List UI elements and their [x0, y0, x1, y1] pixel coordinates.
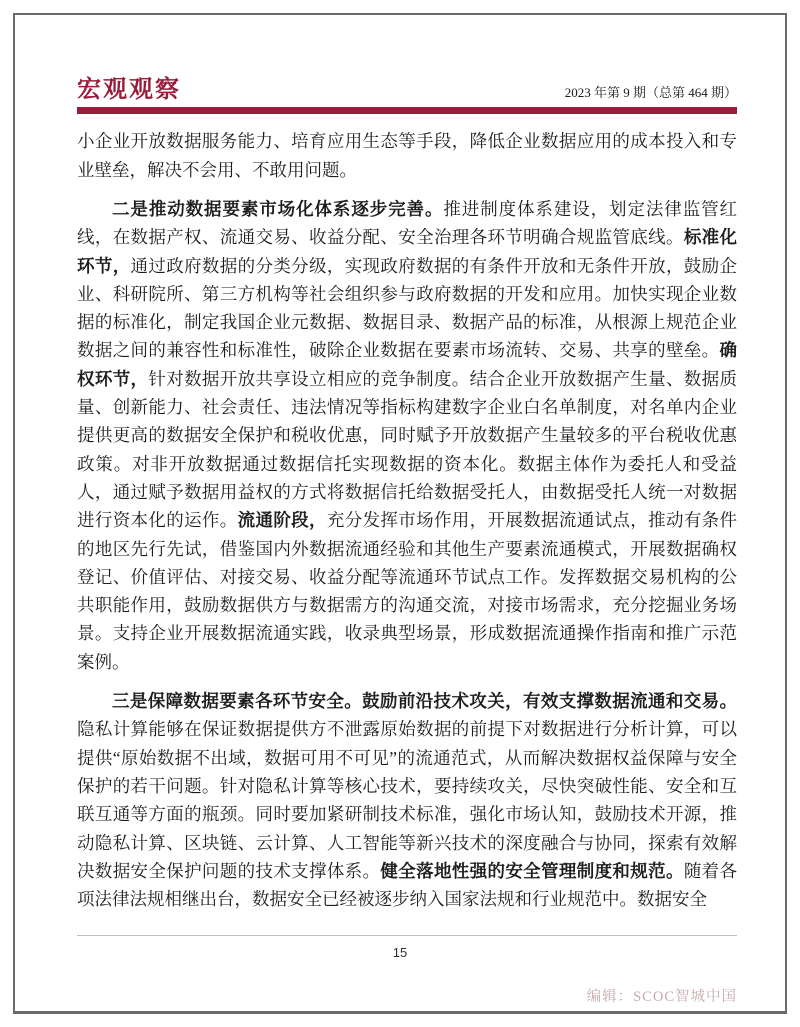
emphasis-segment: 健全落地性强的安全管理制度和规范。: [380, 861, 683, 881]
paragraph: 小企业开放数据服务能力、培育应用生态等手段，降低企业数据应用的成本投入和专业壁垒…: [77, 127, 737, 184]
page-content: 宏观观察 2023 年第 9 期（总第 464 期） 小企业开放数据服务能力、培…: [77, 77, 737, 913]
text-segment: 针对数据开放共享设立相应的竞争制度。结合企业开放数据产生量、数据质量、创新能力、…: [77, 369, 737, 530]
document-page: 宏观观察 2023 年第 9 期（总第 464 期） 小企业开放数据服务能力、培…: [0, 0, 800, 1027]
page-number: 15: [15, 945, 785, 960]
paragraph: 三是保障数据要素各环节安全。鼓励前沿技术攻关，有效支撑数据流通和交易。隐私计算能…: [77, 687, 737, 913]
article-body: 小企业开放数据服务能力、培育应用生态等手段，降低企业数据应用的成本投入和专业壁垒…: [77, 127, 737, 913]
editor-credit: 编辑：SCOC智城中国: [587, 985, 737, 1006]
text-segment: 通过政府数据的分类分级，实现政府数据的有条件开放和无条件开放，鼓励企业、科研院所…: [77, 256, 737, 361]
emphasis-segment: 流通阶段，: [238, 510, 327, 530]
emphasis-segment: 二是推动数据要素市场化体系逐步完善。: [112, 199, 443, 219]
header-rule: [77, 107, 737, 114]
journal-title: 宏观观察: [77, 77, 181, 103]
text-segment: 隐私计算能够在保证数据提供方不泄露原始数据的前提下对数据进行分析计算，可以提供“…: [77, 719, 737, 880]
text-segment: 小企业开放数据服务能力、培育应用生态等手段，降低企业数据应用的成本投入和专业壁垒…: [77, 131, 737, 179]
page-header: 宏观观察 2023 年第 9 期（总第 464 期）: [77, 77, 737, 103]
paragraph: 二是推动数据要素市场化体系逐步完善。推进制度体系建设，划定法律监管红线，在数据产…: [77, 195, 737, 676]
issue-info: 2023 年第 9 期（总第 464 期）: [565, 82, 737, 103]
page-frame: 宏观观察 2023 年第 9 期（总第 464 期） 小企业开放数据服务能力、培…: [13, 13, 787, 1014]
emphasis-segment: 三是保障数据要素各环节安全。鼓励前沿技术攻关，有效支撑数据流通和交易。: [112, 691, 737, 711]
footer-rule: [77, 935, 737, 936]
text-segment: 充分发挥市场作用，开展数据流通试点，推动有条件的地区先行先试，借鉴国内外数据流通…: [77, 510, 737, 671]
